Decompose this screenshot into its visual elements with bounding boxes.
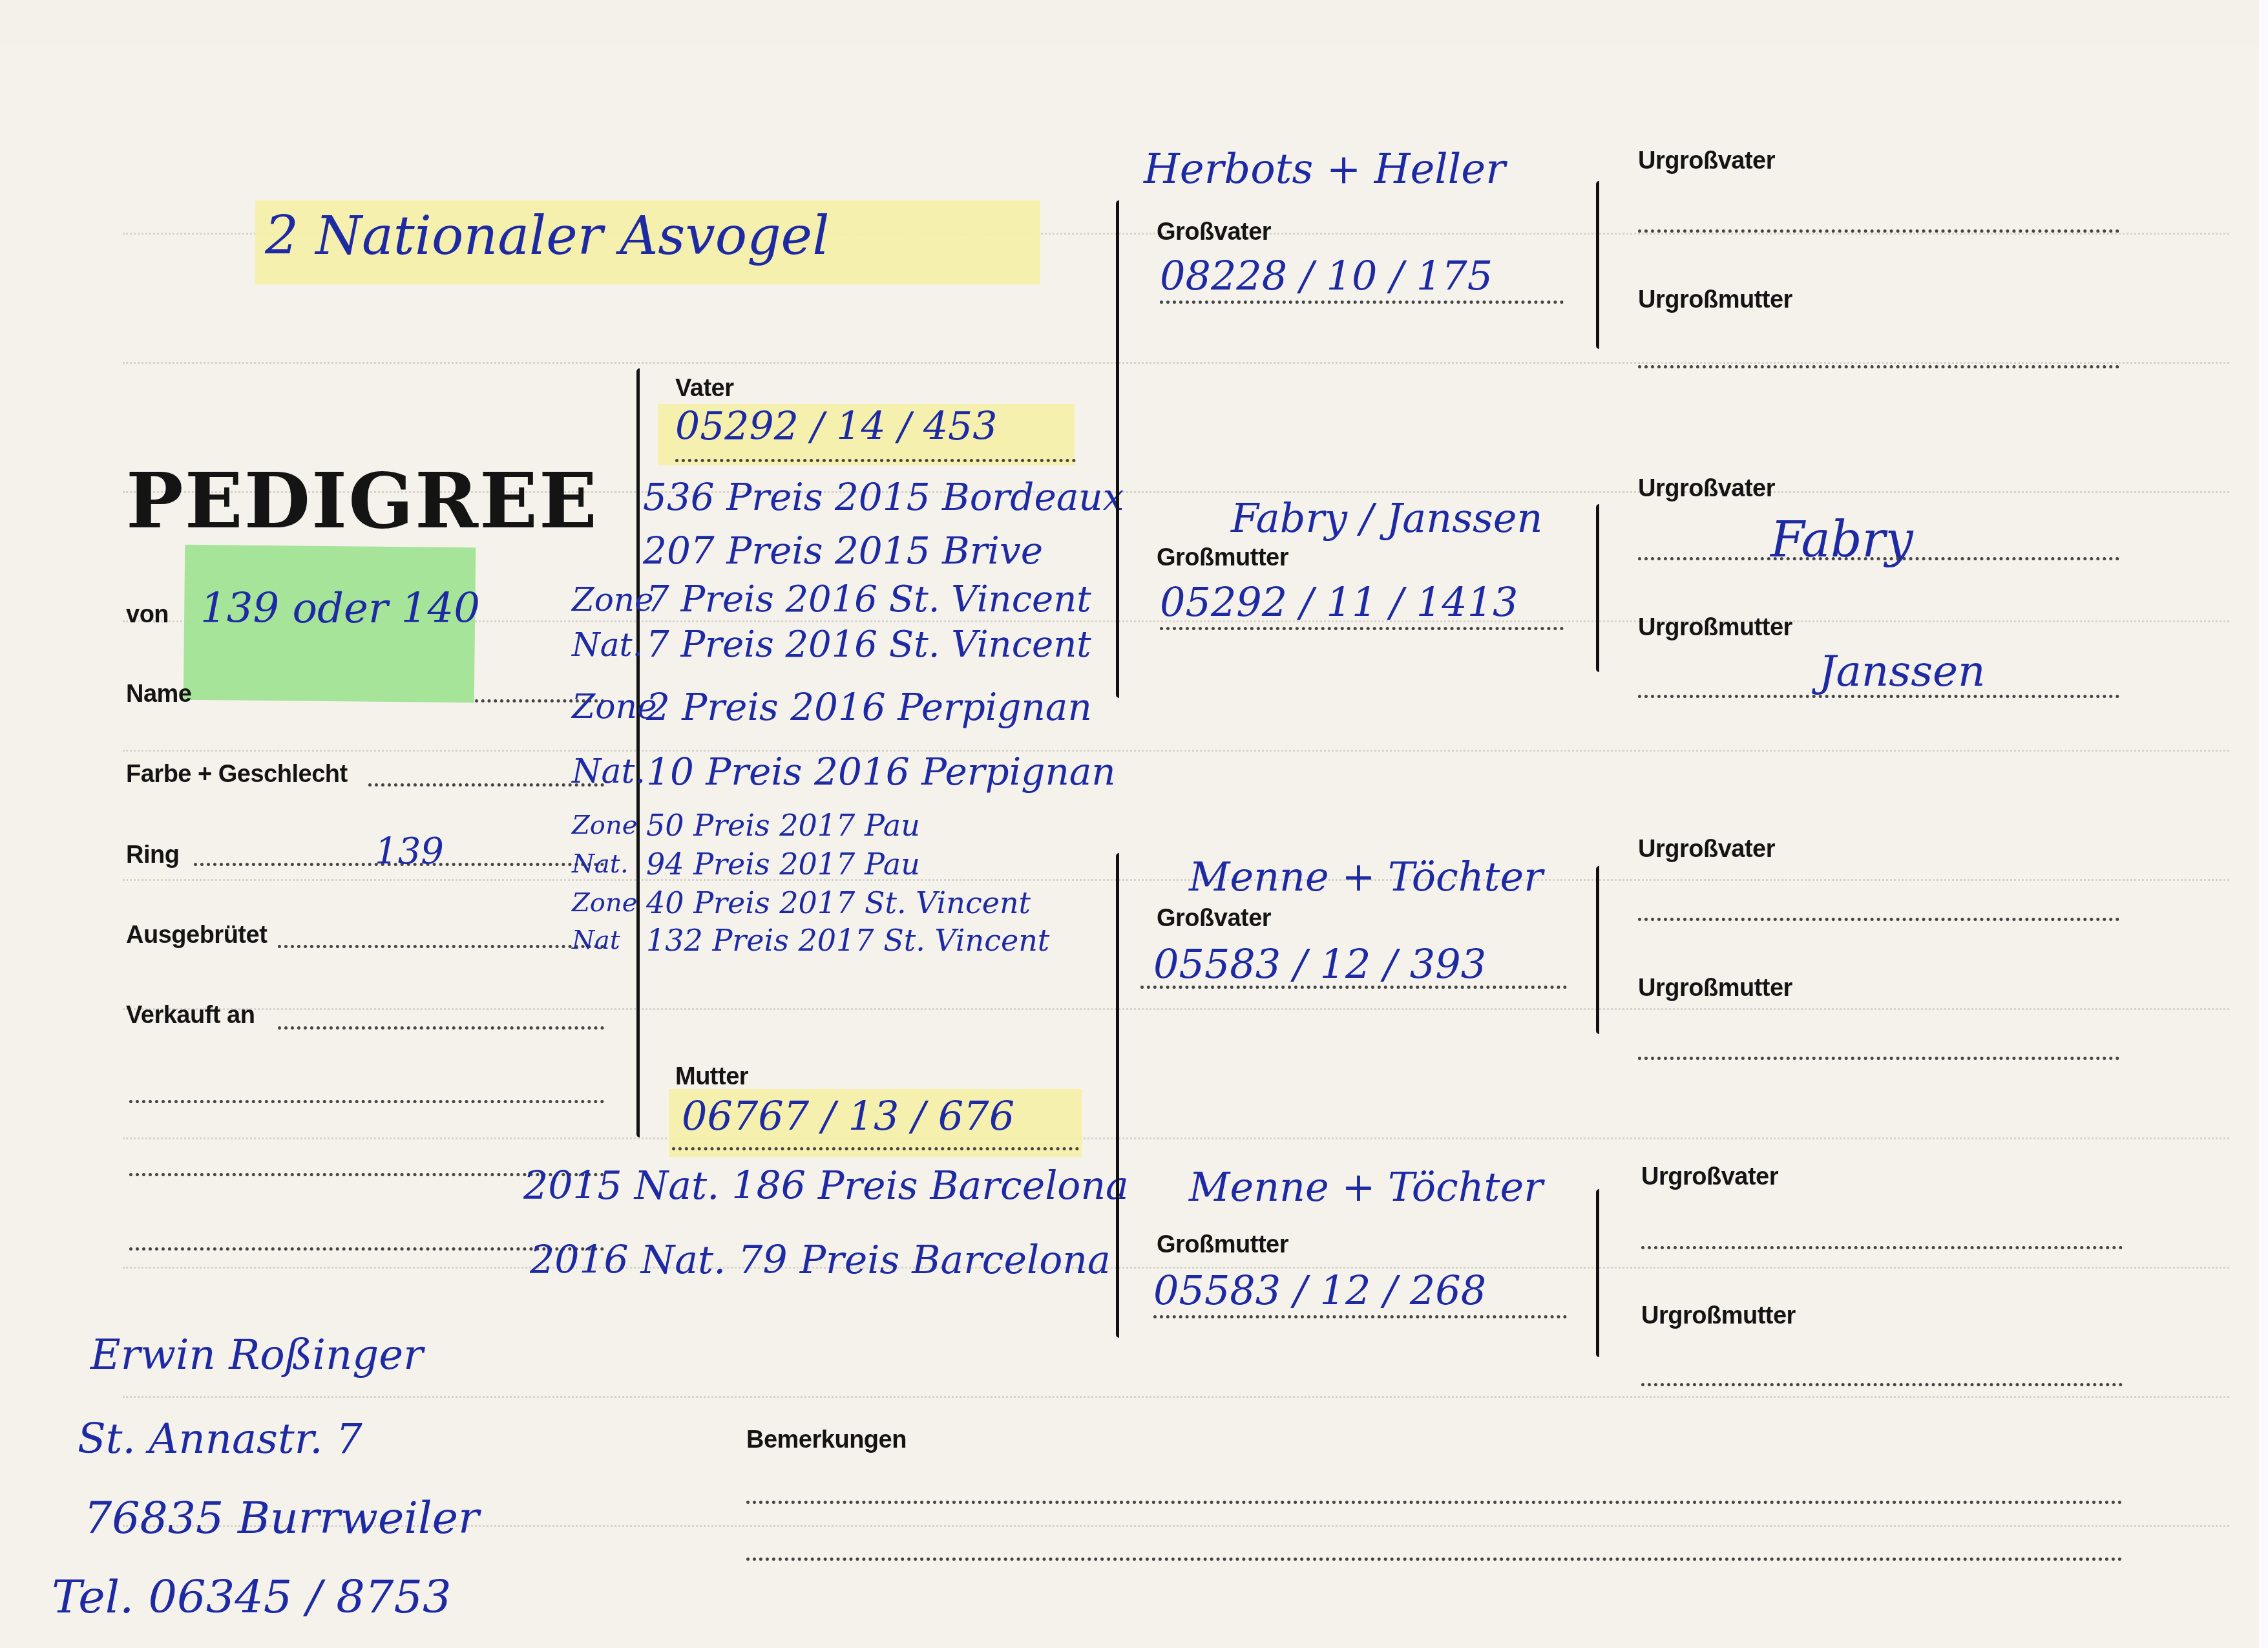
gp1-line bbox=[1160, 301, 1564, 304]
vater-result-prefix: Zone bbox=[572, 888, 637, 918]
gp3-breed: Menne + Töchter bbox=[1189, 853, 1543, 900]
ggp2-vater-label: Urgroßvater bbox=[1638, 475, 1775, 503]
ausgebruetet-field[interactable] bbox=[278, 945, 604, 948]
label-verkauft: Verkauft an bbox=[126, 1002, 255, 1030]
vater-ring-line bbox=[675, 459, 1076, 462]
bemerkungen-line-1[interactable] bbox=[746, 1501, 2123, 1504]
ring-value: 139 bbox=[375, 830, 444, 872]
page-title: PEDIGREE bbox=[126, 456, 598, 545]
gp4-line bbox=[1153, 1315, 1567, 1318]
label-bemerkungen: Bemerkungen bbox=[746, 1426, 907, 1454]
paper-edge bbox=[2259, 0, 2268, 1648]
grandparents-bracket-bottom bbox=[1116, 853, 1119, 1338]
ggp4-mutter-line[interactable] bbox=[1641, 1383, 2123, 1386]
vater-result-prefix: Nat bbox=[572, 925, 620, 955]
mutter-ring-line bbox=[672, 1147, 1079, 1150]
label-von: von bbox=[126, 601, 169, 629]
ggp2-mutter-value: Janssen bbox=[1819, 646, 1986, 696]
vater-result: 50 Preis 2017 Pau bbox=[646, 808, 920, 843]
ggp1-vater-line[interactable] bbox=[1638, 229, 2119, 233]
gp2-ring[interactable]: 05292 / 11 / 1413 bbox=[1160, 578, 1518, 626]
gp1-ring[interactable]: 08228 / 10 / 175 bbox=[1160, 252, 1493, 299]
gp3-ring[interactable]: 05583 / 12 / 393 bbox=[1153, 940, 1486, 988]
ggp3-mutter-label: Urgroßmutter bbox=[1638, 975, 1792, 1002]
ggp4-vater-label: Urgroßvater bbox=[1641, 1163, 1778, 1191]
gp3-label: Großvater bbox=[1157, 905, 1271, 933]
ggp-bracket-1 bbox=[1596, 181, 1599, 349]
vater-result: 40 Preis 2017 St. Vincent bbox=[646, 885, 1031, 920]
vater-result-prefix: Zone bbox=[572, 581, 654, 618]
vater-result-prefix: Zone bbox=[572, 688, 657, 726]
mutter-result-2: 2016 Nat. 79 Preis Barcelona bbox=[530, 1238, 1111, 1283]
vater-result-prefix: Nat. bbox=[572, 626, 643, 664]
ggp1-mutter-label: Urgroßmutter bbox=[1638, 286, 1792, 314]
gp4-ring[interactable]: 05583 / 12 / 268 bbox=[1153, 1267, 1486, 1314]
vater-result: 2 Preis 2016 Perpignan bbox=[646, 685, 1092, 729]
gp1-label: Großvater bbox=[1157, 218, 1271, 246]
owner-phone: Tel. 06345 / 8753 bbox=[52, 1570, 451, 1623]
gp2-breed: Fabry / Janssen bbox=[1231, 494, 1542, 542]
ggp2-mutter-line[interactable] bbox=[1638, 695, 2119, 698]
ggp2-vater-line[interactable] bbox=[1638, 557, 2119, 560]
label-mutter: Mutter bbox=[675, 1063, 748, 1091]
gp2-label: Großmutter bbox=[1157, 544, 1288, 572]
ggp1-mutter-line[interactable] bbox=[1638, 365, 2119, 368]
gp1-breed: Herbots + Heller bbox=[1144, 145, 1506, 193]
vater-result-prefix: Nat. bbox=[572, 752, 646, 791]
ggp1-vater-label: Urgroßvater bbox=[1638, 147, 1775, 175]
mutter-result-1: 2015 Nat. 186 Preis Barcelona bbox=[523, 1163, 1129, 1209]
vater-result-prefix: Nat. bbox=[572, 849, 629, 879]
verkauft-field[interactable] bbox=[278, 1026, 604, 1030]
von-value[interactable]: 139 oder 140 bbox=[200, 585, 480, 633]
vater-result: 10 Preis 2016 Perpignan bbox=[646, 750, 1116, 794]
vater-ring[interactable]: 05292 / 14 / 453 bbox=[675, 404, 997, 449]
label-vater: Vater bbox=[675, 375, 733, 403]
gp4-breed: Menne + Töchter bbox=[1189, 1163, 1543, 1210]
ggp3-vater-line[interactable] bbox=[1638, 918, 2119, 921]
vater-result: 7 Preis 2016 St. Vincent bbox=[646, 624, 1091, 666]
bemerkungen-line-2[interactable] bbox=[746, 1558, 2123, 1561]
label-farbe: Farbe + Geschlecht bbox=[126, 761, 348, 788]
ggp3-mutter-line[interactable] bbox=[1638, 1057, 2119, 1060]
ggp3-vater-label: Urgroßvater bbox=[1638, 836, 1775, 863]
vater-result: 207 Preis 2015 Brive bbox=[643, 529, 1043, 573]
mutter-ring[interactable]: 06767 / 13 / 676 bbox=[682, 1092, 1014, 1139]
gp3-line bbox=[1140, 986, 1567, 989]
grandparents-bracket-top bbox=[1116, 200, 1119, 698]
vater-result: 536 Preis 2015 Bordeaux bbox=[643, 475, 1124, 519]
gp4-label: Großmutter bbox=[1157, 1231, 1288, 1259]
vater-result: 94 Preis 2017 Pau bbox=[646, 847, 920, 882]
ggp2-mutter-label: Urgroßmutter bbox=[1638, 614, 1792, 642]
owner-city: 76835 Burrweiler bbox=[84, 1493, 479, 1544]
ggp4-mutter-label: Urgroßmutter bbox=[1641, 1302, 1796, 1330]
verkauft-field-2[interactable] bbox=[129, 1100, 604, 1103]
ggp-bracket-3 bbox=[1596, 866, 1599, 1034]
vater-result: 132 Preis 2017 St. Vincent bbox=[646, 923, 1049, 958]
header-note: 2 Nationaler Asvogel bbox=[265, 206, 829, 267]
owner-name: Erwin Roßinger bbox=[90, 1331, 423, 1379]
pedigree-sheet bbox=[0, 45, 2268, 1648]
ggp-bracket-2 bbox=[1596, 504, 1599, 672]
vater-result: 7 Preis 2016 St. Vincent bbox=[646, 578, 1091, 620]
ggp4-vater-line[interactable] bbox=[1641, 1246, 2123, 1249]
label-name: Name bbox=[126, 681, 192, 708]
farbe-field[interactable] bbox=[368, 783, 604, 787]
owner-street: St. Annastr. 7 bbox=[78, 1415, 362, 1463]
label-ausgebruetet: Ausgebrütet bbox=[126, 922, 267, 949]
ggp-bracket-4 bbox=[1596, 1189, 1599, 1357]
label-ring: Ring bbox=[126, 841, 179, 869]
gp2-line bbox=[1160, 627, 1564, 630]
vater-result-prefix: Zone bbox=[572, 810, 637, 840]
